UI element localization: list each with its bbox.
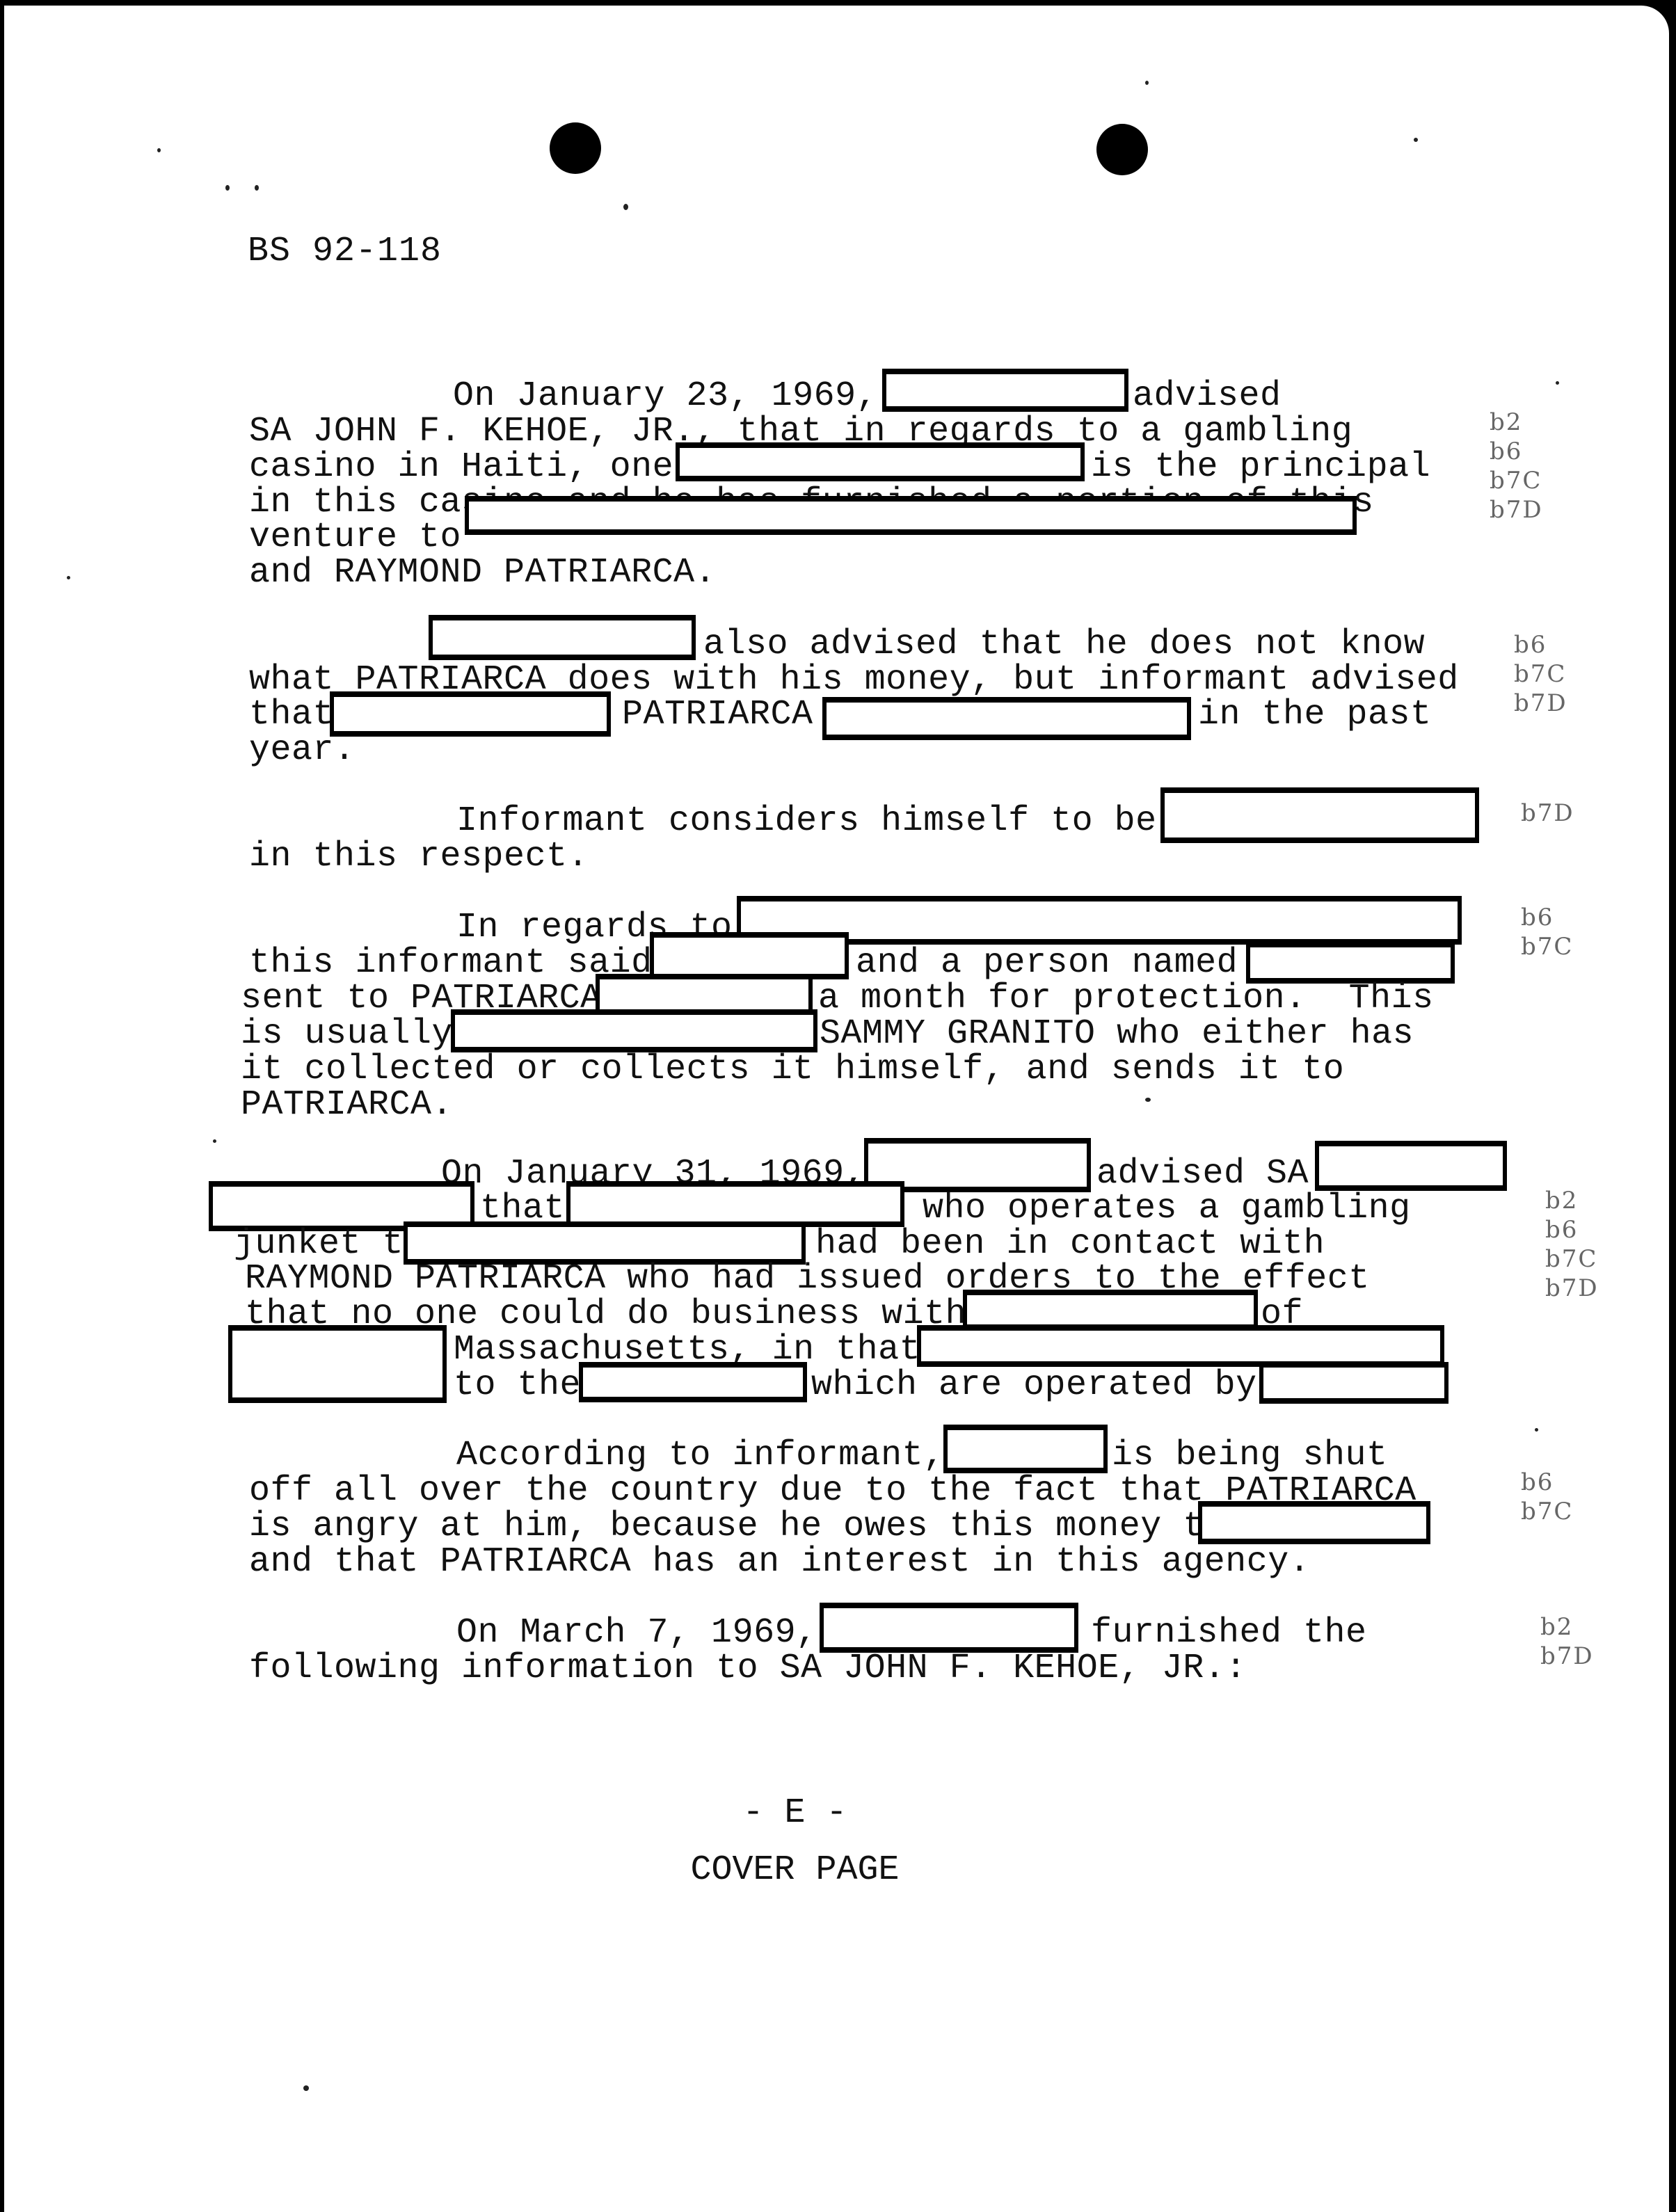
redaction-box: [1315, 1141, 1507, 1191]
exemption-codes: b2 b7D: [1540, 1612, 1594, 1671]
text-line: this informant said: [249, 946, 653, 981]
text-line: On March 7, 1969,: [456, 1616, 817, 1651]
redaction-box: [429, 615, 696, 660]
page-label: COVER PAGE: [4, 1850, 1627, 1890]
text-line: to the: [454, 1368, 581, 1403]
scan-speck: [1535, 1428, 1538, 1432]
redaction-box: [404, 1221, 806, 1265]
redaction-box: [1259, 1362, 1448, 1404]
redaction-box: [822, 697, 1191, 740]
exemption-codes: b6 b7C b7D: [1514, 630, 1567, 718]
punch-hole-right: [1096, 124, 1148, 175]
scan-speck: [67, 576, 70, 579]
text-line: is being shut: [1112, 1438, 1388, 1473]
redaction-box: [566, 1181, 904, 1227]
redaction-box: [330, 691, 611, 737]
redaction-box: [465, 496, 1357, 535]
text-line: advised: [1133, 379, 1282, 414]
redaction-box: [882, 369, 1128, 412]
text-line: PATRIARCA: [622, 698, 813, 732]
text-line: venture to: [249, 520, 461, 555]
text-line: advised SA: [1096, 1157, 1309, 1192]
redaction-box: [917, 1325, 1444, 1367]
exemption-codes: b2 b6 b7C b7D: [1545, 1186, 1599, 1303]
redaction-box: [1198, 1501, 1430, 1544]
text-line: and RAYMOND PATRIARCA.: [249, 556, 716, 591]
text-line: it collected or collects it himself, and…: [241, 1052, 1344, 1087]
punch-hole-left: [550, 122, 601, 174]
redaction-box: [451, 1009, 817, 1052]
text-line: who operates a gambling: [923, 1192, 1411, 1226]
text-line: in this respect.: [249, 840, 589, 874]
redaction-box: [228, 1325, 447, 1403]
exemption-codes: b6 b7C: [1521, 1468, 1573, 1526]
exemption-codes: b7D: [1521, 799, 1574, 828]
redaction-box: [1246, 942, 1455, 984]
text-line: that: [249, 698, 334, 732]
text-line: also advised that he does not know: [703, 627, 1425, 662]
text-line: According to informant,: [456, 1438, 945, 1473]
scan-speck: [1414, 138, 1418, 142]
text-line: and a person named: [856, 946, 1238, 981]
redaction-box: [579, 1362, 807, 1402]
text-line: following information to SA JOHN F. KEHO…: [249, 1651, 1247, 1686]
text-line: and that PATRIARCA has an interest in th…: [249, 1545, 1310, 1580]
file-number: BS 92-118: [248, 232, 442, 271]
text-line: junket to: [234, 1227, 425, 1262]
scan-speck: [1556, 381, 1559, 385]
scan-speck: [225, 185, 230, 191]
scan-speck: [623, 204, 628, 210]
text-line: casino in Haiti, one: [249, 450, 673, 485]
text-line: is usually: [241, 1017, 453, 1052]
text-line: which are operated by: [811, 1368, 1257, 1403]
text-line: Informant considers himself to be: [456, 804, 1157, 839]
redaction-box: [1160, 787, 1479, 843]
redaction-box: [963, 1290, 1258, 1330]
text-line: had been in contact with: [815, 1227, 1325, 1262]
scan-speck: [1145, 1098, 1151, 1102]
text-line: is the principal: [1091, 450, 1430, 485]
scan-speck: [255, 185, 259, 191]
text-line: a month for protection. This: [818, 981, 1434, 1016]
text-line: On January 23, 1969,: [453, 379, 877, 414]
exemption-codes: b6 b7C: [1521, 903, 1573, 961]
scan-speck: [157, 148, 161, 152]
scan-speck: [1145, 81, 1149, 85]
redaction-box: [676, 442, 1085, 481]
text-line: SAMMY GRANITO who either has: [820, 1017, 1414, 1052]
text-line: is angry at him, because he owes this mo…: [249, 1509, 1225, 1544]
scan-speck: [303, 2085, 309, 2091]
text-line: PATRIARCA.: [241, 1088, 453, 1123]
text-line: in the past: [1198, 698, 1432, 732]
text-line: year.: [249, 733, 356, 768]
redaction-box: [820, 1603, 1078, 1653]
page-marker: - E -: [4, 1793, 1627, 1833]
text-line: furnished the: [1091, 1616, 1367, 1651]
exemption-codes: b2 b6 b7C b7D: [1490, 408, 1543, 524]
redaction-box: [650, 932, 849, 979]
document-page: BS 92-118 On January 23, 1969, advised S…: [4, 6, 1669, 2212]
scan-speck: [213, 1139, 216, 1143]
redaction-box: [943, 1425, 1108, 1473]
